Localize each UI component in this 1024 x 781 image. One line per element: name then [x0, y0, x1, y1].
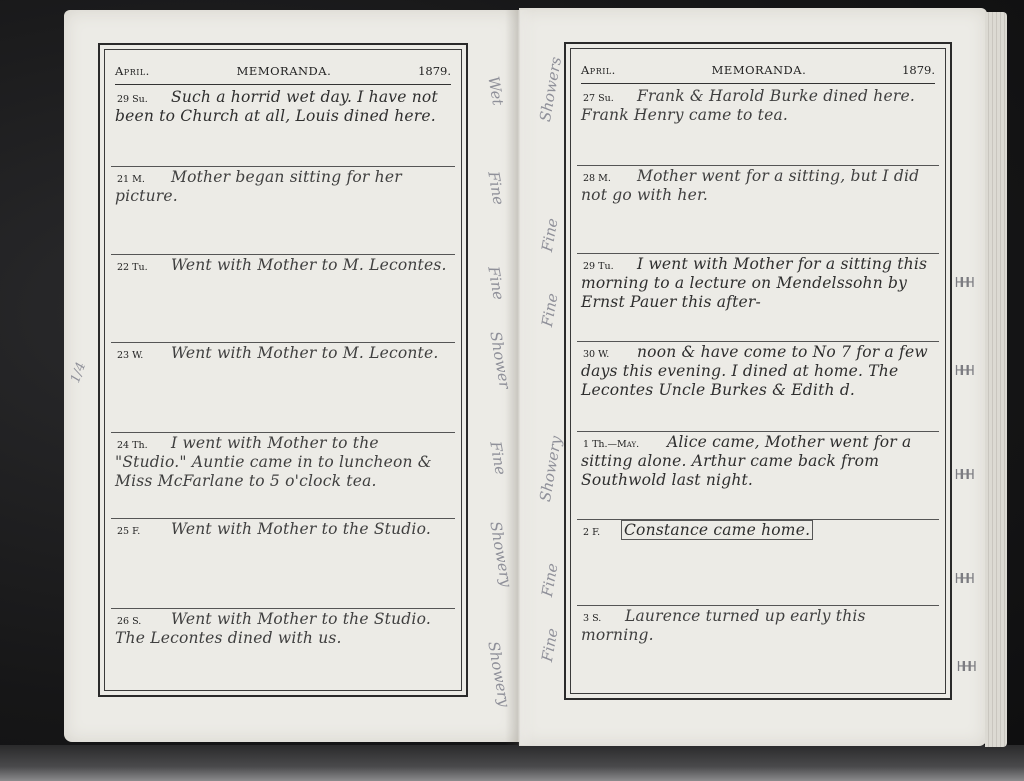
handwritten-entry: Went with Mother to the Studio. [115, 520, 453, 539]
page-edges [985, 12, 1007, 747]
handwritten-entry: Constance came home. [581, 521, 937, 540]
day-entry: 26 S. Went with Mother to the Studio. Th… [111, 608, 455, 690]
day-entry: 25 F. Went with Mother to the Studio. [111, 518, 455, 609]
handwritten-entry: Mother began sitting for her picture. [115, 168, 453, 206]
day-entry: 27 Su. Frank & Harold Burke dined here. … [577, 85, 939, 166]
handwritten-entry: Went with Mother to M. Lecontes. [115, 256, 453, 275]
handwritten-entry: Went with Mother to the Studio. The Leco… [115, 610, 453, 648]
book-cover-edge [0, 745, 1024, 781]
handwritten-entry: noon & have come to No 7 for a few days … [581, 343, 937, 400]
left-page-header: April. MEMORANDA. 1879. [115, 58, 451, 85]
tally-mark: HHH [957, 660, 974, 675]
tally-mark: HHH [955, 364, 972, 379]
boxed-entry-text: Constance came home. [621, 520, 813, 540]
tally-mark: HHH [955, 572, 972, 587]
handwritten-entry: Frank & Harold Burke dined here. Frank H… [581, 87, 937, 125]
day-entry: 23 W. Went with Mother to M. Leconte. [111, 342, 455, 433]
handwritten-entry: I went with Mother to the "Studio." Aunt… [115, 434, 453, 491]
day-entry: 29 Tu. I went with Mother for a sitting … [577, 253, 939, 342]
day-entry: 29 Su. Such a horrid wet day. I have not… [111, 86, 455, 167]
header-title: MEMORANDA. [712, 63, 807, 77]
header-title: MEMORANDA. [237, 64, 332, 78]
tally-mark: HHH [955, 276, 972, 291]
handwritten-entry: I went with Mother for a sitting this mo… [581, 255, 937, 312]
handwritten-entry: Such a horrid wet day. I have not been t… [115, 88, 453, 126]
day-entry: 28 M. Mother went for a sitting, but I d… [577, 165, 939, 254]
day-entry: 24 Th. I went with Mother to the "Studio… [111, 432, 455, 519]
handwritten-entry: Alice came, Mother went for a sitting al… [581, 433, 937, 490]
right-memoranda-frame: April. MEMORANDA. 1879. 27 Su. Frank & H… [564, 42, 952, 700]
day-entry: 3 S. Laurence turned up early this morni… [577, 605, 939, 693]
day-entry: 21 M. Mother began sitting for her pictu… [111, 166, 455, 255]
handwritten-entry: Laurence turned up early this morning. [581, 607, 937, 645]
header-year: 1879. [902, 63, 935, 77]
handwritten-entry: Mother went for a sitting, but I did not… [581, 167, 937, 205]
tally-mark: HHH [955, 468, 972, 483]
day-entry: 22 Tu. Went with Mother to M. Lecontes. [111, 254, 455, 343]
header-month: April. [115, 64, 150, 78]
handwritten-entry: Went with Mother to M. Leconte. [115, 344, 453, 363]
left-memoranda-frame: April. MEMORANDA. 1879. 29 Su. Such a ho… [98, 43, 468, 697]
day-entry: 2 F. Constance came home. [577, 519, 939, 606]
day-entry: 30 W. noon & have come to No 7 for a few… [577, 341, 939, 432]
day-entry: 1 Th.—May. Alice came, Mother went for a… [577, 431, 939, 520]
header-year: 1879. [418, 64, 451, 78]
header-month: April. [581, 63, 616, 77]
right-page-header: April. MEMORANDA. 1879. [581, 57, 935, 84]
